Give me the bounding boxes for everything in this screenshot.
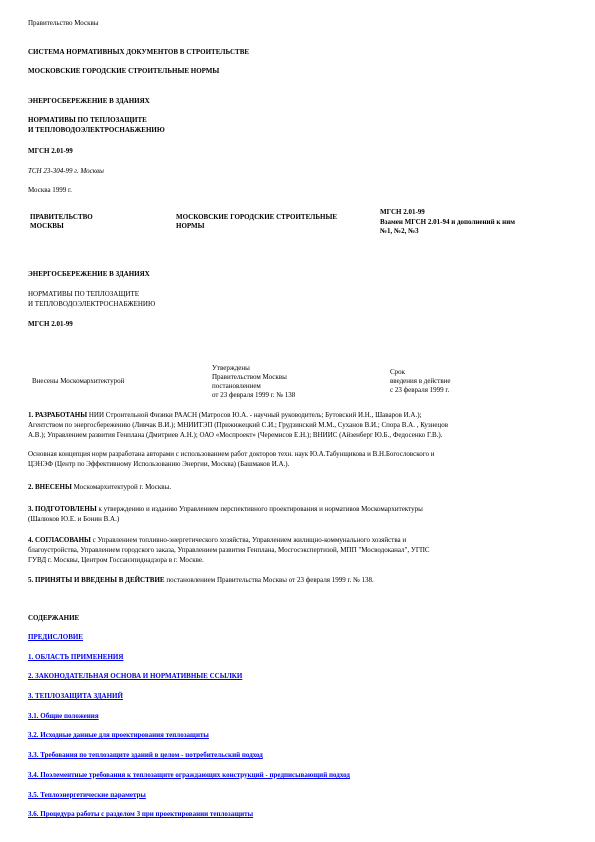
title-table-col2: МОСКОВСКИЕ ГОРОДСКИЕ СТРОИТЕЛЬНЫЕ НОРМЫ [176,213,337,231]
system-title: СИСТЕМА НОРМАТИВНЫХ ДОКУМЕНТОВ В СТРОИТЕ… [28,48,249,57]
approved-line1: Утверждены [212,364,295,373]
developed-label: 1. РАЗРАБОТАНЫ [28,411,87,419]
developed-text-3: А.В.); Управлением развития Генплана (Дм… [28,430,448,440]
submitted-label: 2. ВНЕСЕНЫ [28,483,72,491]
replaces-numbers: №1, №2, №3 [380,227,515,236]
place-year: Москва 1999 г. [28,186,72,195]
toc-list: ПРЕДИСЛОВИЕ 1. ОБЛАСТЬ ПРИМЕНЕНИЯ 2. ЗАК… [28,633,350,830]
toc-link-legal-basis[interactable]: 2. ЗАКОНОДАТЕЛЬНАЯ ОСНОВА И НОРМАТИВНЫЕ … [28,672,242,680]
concept-text-2: ЦЭНЭФ (Центр по Эффективному Использован… [28,459,434,469]
toc-link-3-6[interactable]: 3.6. Процедура работы с разделом 3 при п… [28,810,253,818]
topic-title: ЭНЕРГОСБЕРЕЖЕНИЕ В ЗДАНИЯХ [28,97,150,106]
paragraph-developed: 1. РАЗРАБОТАНЫ НИИ Строительной Физики Р… [28,410,448,440]
developed-text-1: НИИ Строительной Физики РААСН (Матросов … [87,411,421,419]
term-block: Срок введения в действие с 23 февраля 19… [390,368,451,395]
approved-block: Утверждены Правительством Москвы постано… [212,364,295,400]
approved-line3: постановлением [212,382,295,391]
title-table-col1: ПРАВИТЕЛЬСТВО МОСКВЫ [30,213,93,231]
agreed-label: 4. СОГЛАСОВАНЫ [28,536,91,544]
introduced-by: Внесены Москомархитектурой [32,377,124,386]
paragraph-prepared: 3. ПОДГОТОВЛЕНЫ к утверждению и изданию … [28,504,423,524]
doc-code: МГСН 2.01-99 [28,147,73,156]
submitted-text: Москомархитектурой г. Москвы. [72,483,171,491]
agreed-text-3: ГУВД г. Москвы, Центром Госсанэпиднадзор… [28,555,430,565]
prepared-text-1: к утверждению и изданию Управлением перс… [97,505,423,513]
term-line3: с 23 февраля 1999 г. [390,386,451,395]
toc-heading: СОДЕРЖАНИЕ [28,614,79,623]
org-name: Правительство Москвы [28,19,98,28]
gov-line1: ПРАВИТЕЛЬСТВО [30,213,93,222]
prepared-label: 3. ПОДГОТОВЛЕНЫ [28,505,97,513]
replaces-line: Взамен МГСН 2.01-94 и дополнений к ним [380,218,515,227]
term-line1: Срок [390,368,451,377]
doc-title-line1: НОРМАТИВЫ ПО ТЕПЛОЗАЩИТЕ [28,116,147,125]
adopted-text: постановлением Правительства Москвы от 2… [165,576,374,584]
norms-line1: МОСКОВСКИЕ ГОРОДСКИЕ СТРОИТЕЛЬНЫЕ [176,213,337,222]
doc-title-line2: И ТЕПЛОВОДОЭЛЕКТРОСНАБЖЕНИЮ [28,126,165,135]
paragraph-concept: Основная концепция норм разработана авто… [28,449,434,469]
adopted-label: 5. ПРИНЯТЫ И ВВЕДЕНЫ В ДЕЙСТВИЕ [28,576,165,584]
paragraph-adopted: 5. ПРИНЯТЫ И ВВЕДЕНЫ В ДЕЙСТВИЕ постанов… [28,575,374,585]
paragraph-agreed: 4. СОГЛАСОВАНЫ с Управлением топливно-эн… [28,535,430,565]
agreed-text-2: благоустройства, Управлением городского … [28,545,430,555]
toc-link-3-5[interactable]: 3.5. Теплоэнергетические параметры [28,791,146,799]
toc-link-preface[interactable]: ПРЕДИСЛОВИЕ [28,633,83,641]
prepared-text-2: (Шалюков Ю.Е. и Бонин В.А.) [28,514,423,524]
norms-title: МОСКОВСКИЕ ГОРОДСКИЕ СТРОИТЕЛЬНЫЕ НОРМЫ [28,67,219,76]
code-line: МГСН 2.01-99 [380,208,515,217]
approved-line4: от 23 февраля 1999 г. № 138 [212,391,295,400]
agreed-text-1: с Управлением топливно-энергетического х… [91,536,406,544]
title-table-col3: МГСН 2.01-99 Взамен МГСН 2.01-94 и допол… [380,208,515,236]
section2-topic: ЭНЕРГОСБЕРЕЖЕНИЕ В ЗДАНИЯХ [28,270,150,279]
developed-text-2: Агентством по энергосбережению (Ливчак В… [28,420,448,430]
section2-code: МГСН 2.01-99 [28,320,73,329]
toc-link-3-1[interactable]: 3.1. Общие положения [28,712,99,720]
section2-title-line1: НОРМАТИВЫ ПО ТЕПЛОЗАЩИТЕ [28,290,139,299]
term-line2: введения в действие [390,377,451,386]
toc-link-thermal-protection[interactable]: 3. ТЕПЛОЗАЩИТА ЗДАНИЙ [28,692,123,700]
norms-line2: НОРМЫ [176,222,337,231]
toc-link-3-3[interactable]: 3.3. Требования по теплозащите зданий в … [28,751,263,759]
section2-title-line2: И ТЕПЛОВОДОЭЛЕКТРОСНАБЖЕНИЮ [28,300,155,309]
gov-line2: МОСКВЫ [30,222,93,231]
concept-text-1: Основная концепция норм разработана авто… [28,449,434,459]
paragraph-submitted: 2. ВНЕСЕНЫ Москомархитектурой г. Москвы. [28,482,171,492]
tsn-code: ТСН 23-304-99 г. Москвы [28,167,104,176]
approved-line2: Правительством Москвы [212,373,295,382]
toc-link-scope[interactable]: 1. ОБЛАСТЬ ПРИМЕНЕНИЯ [28,653,123,661]
toc-link-3-2[interactable]: 3.2. Исходные данные для проектирования … [28,731,209,739]
toc-link-3-4[interactable]: 3.4. Поэлементные требования к теплозащи… [28,771,350,779]
